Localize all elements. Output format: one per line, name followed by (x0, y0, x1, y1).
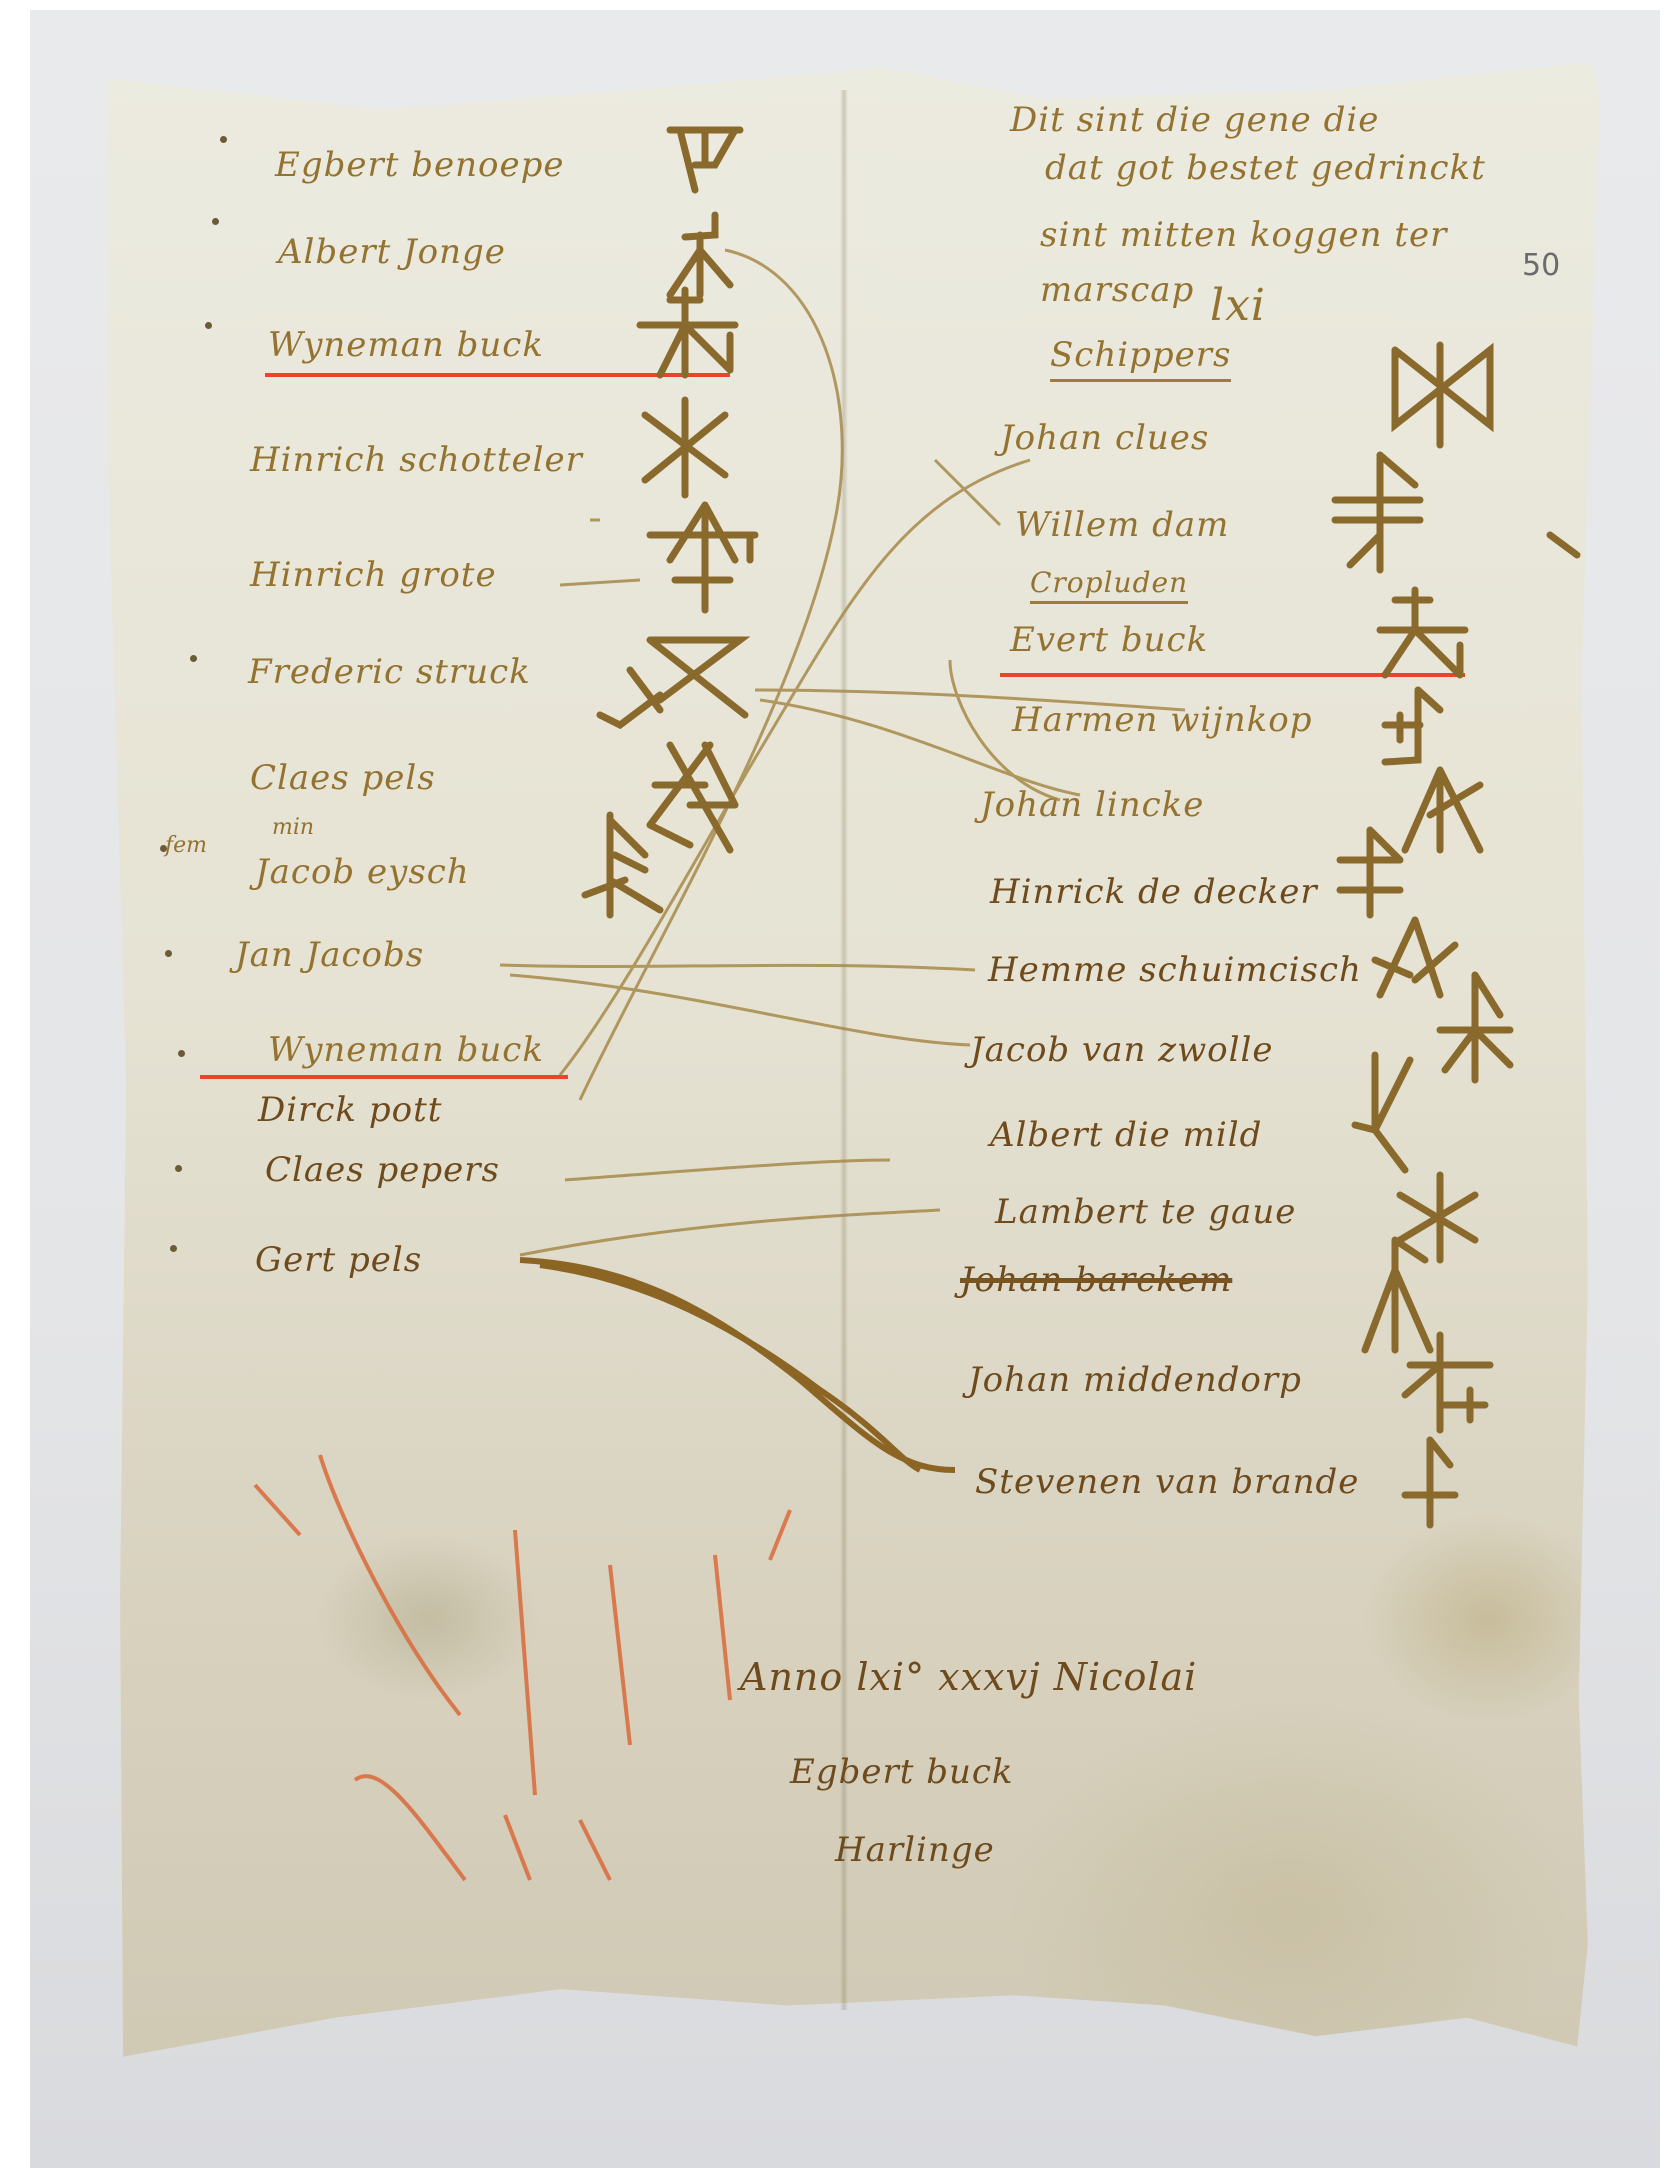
double-bar-arrow-mark-icon (1335, 455, 1425, 579)
cross-flag-mark-icon (640, 290, 740, 384)
bracket-curve (520, 1260, 955, 1470)
hook-cross-mark-icon (1380, 690, 1450, 774)
arrow-cross-mark-icon (650, 505, 760, 619)
red-crayon-marks (255, 1455, 790, 1880)
hourglass-hook-mark-icon (600, 630, 750, 754)
bowtie-mark-icon (1390, 340, 1500, 454)
asterisk-mark-icon (640, 400, 730, 504)
ink-strokes-layer (0, 0, 1680, 2168)
margin-tick (1545, 530, 1585, 564)
branch-arrow-mark-icon (1435, 975, 1515, 1089)
arrow-bar-mark-icon (1405, 1440, 1465, 1534)
arrow-double-bar-mark-icon (1340, 830, 1410, 924)
arrow-x-mark-icon (1405, 770, 1485, 864)
f-rune-mark-icon (585, 815, 675, 929)
cross-flag-mark-icon (1370, 590, 1470, 684)
triangle-frame-mark-icon (665, 120, 745, 204)
y-hook-mark-icon (1355, 1050, 1425, 1184)
cross-hook-mark-icon (1405, 1335, 1495, 1439)
